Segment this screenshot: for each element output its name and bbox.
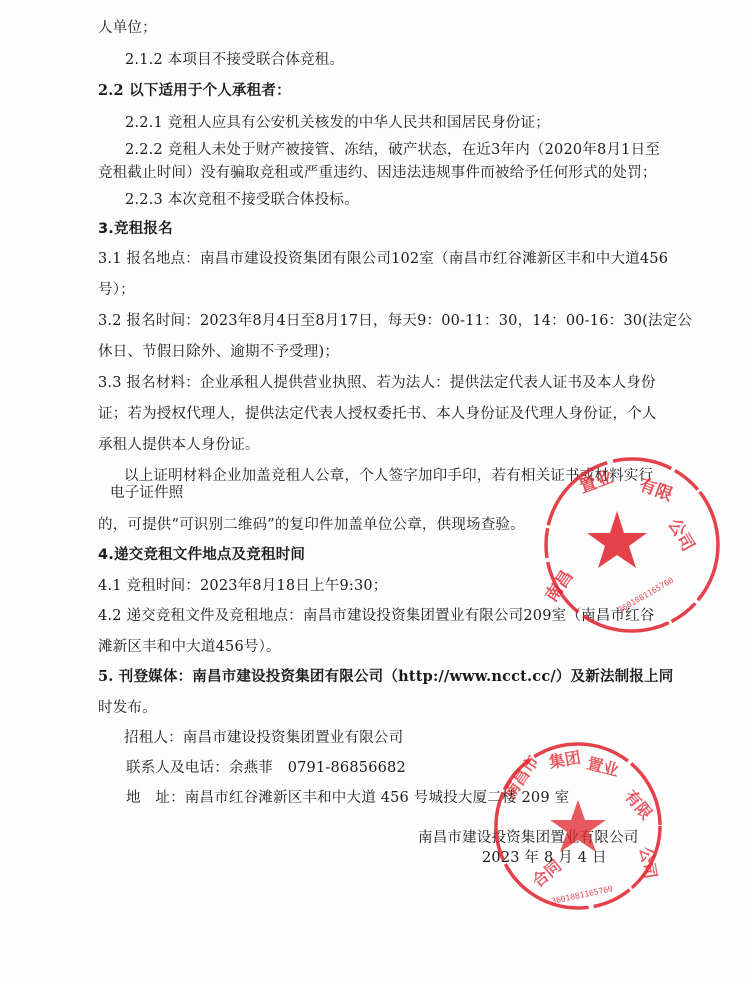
svg-text:公司: 公司 [636,845,660,880]
address-line: 地 址：南昌市红谷滩新区丰和中大道 456 号城投大厦二楼 209 室 [126,788,569,808]
text-line: 3.3 报名材料：企业承租人提供营业执照、若为法人：提供法定代表人证书及本人身份 [98,373,656,393]
svg-text:3601081165760: 3601081165760 [551,884,614,906]
text-line: 休日、节假日除外、逾期不予受理)； [98,342,339,362]
text-line: 2.2.3 本次竞租不接受联合体投标。 [125,190,359,210]
text-line: 5. 刊登媒体：南昌市建设投资集团有限公司（http://www.ncct.cc… [98,667,673,687]
svg-text:南昌: 南昌 [541,566,578,606]
text-line: 号）； [98,280,135,300]
text-line: 3.2 报名时间：2023年8月4日至8月17日，每天9：00-11：30，14… [98,311,692,331]
document-page: 人单位； 2.1.2 本项目不接受联合体竞租。 2.2 以下适用于个人承租者： … [0,0,750,982]
text-line: 2.2.1 竞租人应具有公安机关核发的中华人民共和国居民身份证； [125,113,550,133]
section-heading: 2.2 以下适用于个人承租者： [98,81,291,101]
contact-line: 联系人及电话：余燕菲 0791-86856682 [126,758,406,778]
company-seal-2: 南昌市 集团 置业 有限 公司 合同 3601081165760 [490,738,666,914]
section-heading: 3.竞租报名 [98,219,173,239]
text-line: 4.1 竞租时间：2023年8月18日上午9:30； [98,576,388,596]
section-heading: 4.递交竞租文件地点及竞租时间 [98,545,305,565]
seal-icon: 南昌市 集团 置业 有限 公司 合同 3601081165760 [490,738,666,914]
text-line: 以上证明材料企业加盖竞租人公章，个人签字加印手印，若有相关证书或材料实行 [124,466,653,486]
text-line: 滩新区丰和中大道456号）。 [98,637,281,657]
text-line: 的，可提供“可识别二维码”的复印件加盖单位公章，供现场查验。 [98,515,525,535]
svg-text:置业: 置业 [585,754,621,781]
text-line: 2.2.2 竞租人未处于财产被接管、冻结，破产状态，在近3年内（2020年8月1… [125,140,660,160]
text-line: 证；若为授权代理人，提供法定代表人授权委托书、本人身份证及代理人身份证，个人 [98,404,657,424]
svg-text:公司: 公司 [664,516,698,555]
text-line: 4.2 递交竞租文件及竞租地点：南昌市建设投资集团置业有限公司209室（南昌市红… [98,606,655,626]
text-line: 人单位； [98,18,157,38]
text-line: 竞租截止时间）没有骗取竞租或严重违约、因违法违规事件而被给予任何形式的处罚； [98,163,657,183]
text-line: 承租人提供本人身份证。 [98,435,260,455]
text-line: 时发布。 [98,698,157,718]
text-line: 3.1 报名地点：南昌市建设投资集团有限公司102室（南昌市红谷滩新区丰和中大道… [98,249,668,269]
landlord-line: 招租人：南昌市建设投资集团置业有限公司 [124,728,403,748]
text-line: 电子证件照 [110,483,184,503]
signature-date: 2023 年 8 月 4 日 [482,848,607,868]
signature-company: 南昌市建设投资集团置业有限公司 [418,828,639,848]
svg-text:集团: 集团 [547,748,582,772]
text-line: 2.1.2 本项目不接受联合体竞租。 [125,50,344,70]
svg-text:有限: 有限 [621,786,656,823]
